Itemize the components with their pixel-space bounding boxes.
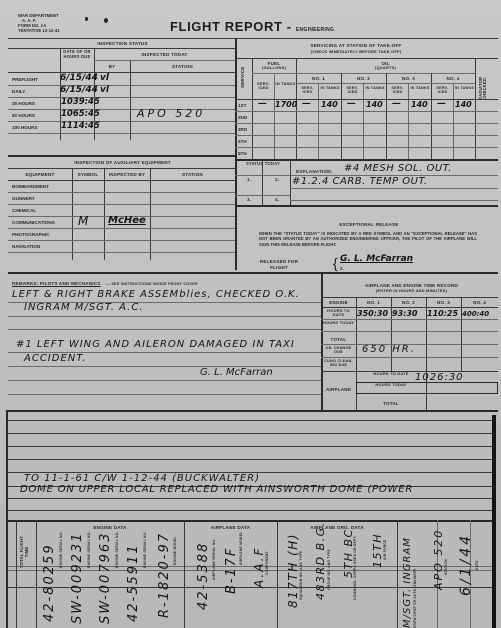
oil-unit: (QUARTS): [296, 66, 475, 70]
fuel-in-tanks-1st[interactable]: 1700: [275, 100, 297, 109]
component-label: COMPONENT: [266, 551, 270, 575]
tentative-label: TENTATIVE 12-12-41: [18, 28, 60, 33]
divider: [8, 316, 321, 317]
aux-row-photographic: PHOTOGRAPHIC: [12, 232, 49, 237]
airplane-serial-value[interactable]: 42-5388: [196, 542, 211, 610]
service-row-5th: 5TH: [238, 151, 247, 156]
hours-today-label: HOURS TODAY: [321, 321, 356, 325]
aux-row-chemical: CHEMICAL: [12, 208, 36, 213]
divider: [36, 520, 37, 628]
crew-chief-value[interactable]: M/SGT. INGRAM: [402, 537, 413, 628]
divider: [321, 297, 498, 298]
rule-line: [8, 498, 492, 499]
communications-symbol-value[interactable]: M: [78, 214, 88, 228]
divider: [397, 520, 398, 628]
rule-line: [8, 459, 492, 460]
engine-4-header: NO. 4: [461, 300, 498, 305]
rule-line: [8, 446, 492, 447]
divider: [408, 83, 409, 160]
divider: [235, 58, 498, 59]
divider: [8, 133, 235, 134]
ink-spot: [85, 17, 88, 21]
oil-engine-1-header: NO. 1: [296, 76, 341, 81]
rule-line: [8, 510, 492, 511]
oil3-serviced-header: SERV- ICED: [387, 86, 408, 94]
form-header-block: WAR DEPARTMENT A. A. F. FORM NO. 1A TENT…: [18, 13, 60, 34]
preflight-due-value[interactable]: 6/15/44: [60, 73, 98, 83]
engine-model-value[interactable]: R-1820-97: [157, 532, 172, 618]
explanation-label: EXPLANATION:: [296, 169, 333, 174]
divider: [8, 520, 492, 522]
engine-2-header: NO. 2: [391, 300, 426, 305]
divider: [235, 195, 290, 196]
release-signature-1[interactable]: G. L. McFarran: [340, 254, 413, 264]
airplane-serial-label: AIRPLANE SERIAL NO.: [213, 539, 217, 580]
oil4-in-tanks-header: IN TANKS: [454, 86, 475, 90]
remarks-instruction: — SEE INSTRUCTIONS INSIDE FRONT COVER: [106, 282, 198, 286]
divider: [104, 168, 105, 260]
airplane-org-data-heading: AIRPLANE ORG. DATA: [277, 525, 397, 530]
oil2-serviced-1st[interactable]: —: [347, 99, 356, 109]
communications-inspected-by-value[interactable]: McHee: [108, 215, 146, 226]
oil1-serviced-1st[interactable]: —: [302, 99, 311, 109]
row-label-50-hours: 50 HOURS: [12, 113, 35, 118]
service-row-4th: 4TH: [238, 139, 247, 144]
airplane-model-value[interactable]: B-17F: [224, 547, 239, 594]
engine-column-label: ENGINE: [321, 300, 356, 305]
release-signature-2-marker: 2.: [340, 266, 344, 271]
date-due-header: DATE OF OR HOURS DUE: [60, 50, 94, 59]
divider: [94, 60, 235, 61]
divider: [318, 83, 319, 160]
command-label: COMMAND, CORPS AREA OR DEPT.: [354, 536, 358, 601]
divider: [8, 394, 321, 395]
oil4-serviced-1st[interactable]: —: [437, 99, 446, 109]
oil-engine-4-header: NO. 4: [431, 76, 475, 81]
subtitle-text: ENGINEERING: [296, 27, 334, 33]
divider: [8, 180, 235, 181]
oil1-in-tanks-header: IN TANKS: [319, 86, 341, 90]
airplane-hours-today-label: HOURS TODAY: [356, 383, 426, 387]
servicing-subheading: (CHECK IMMEDIATELY BEFORE TAKE-OFF): [236, 50, 476, 54]
status-cell-4[interactable]: 4.: [275, 197, 279, 202]
oil-engine-3-header: NO. 3: [386, 76, 431, 81]
servicing-heading: SERVICING AT STATION OF TAKE-OFF: [236, 43, 476, 48]
remark-line-2[interactable]: INGRAM M/SGT. A.C.: [24, 302, 144, 313]
divider: [8, 192, 235, 193]
divider: [290, 188, 498, 189]
oil-change-due-label: OIL CHANGE DUE: [321, 346, 356, 354]
rule-line: [8, 433, 492, 434]
divider: [453, 83, 454, 160]
aux-row-communications: COMMUNICATIONS: [12, 220, 55, 225]
divider: [235, 147, 498, 148]
airplane-total-label: TOTAL: [356, 401, 426, 406]
engine-3-header: NO. 3: [426, 300, 461, 305]
aux-row-navigation: NAVIGATION: [12, 244, 40, 249]
fuel-unit: (GALLONS): [252, 66, 296, 70]
50-hours-station-value[interactable]: APO 520: [137, 107, 205, 120]
total-label: TOTAL: [321, 337, 356, 342]
remarks-heading-text: REMARKS: PILOTS AND MECHANICS: [12, 281, 101, 286]
released-for-flight-label: RELEASED FOR FLIGHT: [259, 259, 299, 270]
divider: [235, 123, 498, 124]
divider: [363, 83, 364, 160]
remark-line-1[interactable]: LEFT & RIGHT BRAKE ASSEMblies, CHECKED O…: [12, 289, 300, 300]
divider: [8, 240, 235, 241]
divider: [8, 252, 235, 253]
oil4-in-tanks-1st[interactable]: 140: [455, 100, 472, 109]
divider: [321, 357, 498, 358]
engine-serial-3-label: ENGINE SERIAL NO.: [116, 531, 120, 568]
divider: [290, 159, 291, 205]
divider: [150, 168, 151, 260]
engine-4-hours-to-date[interactable]: 400:40: [462, 310, 489, 318]
aux-station-header: STATION: [150, 172, 235, 177]
title-text: FLIGHT REPORT -: [170, 19, 292, 34]
exceptional-release-text: WHEN THE "STATUS TODAY" IS INDICATED BY …: [259, 231, 477, 247]
oil2-in-tanks-1st[interactable]: 140: [366, 100, 383, 109]
divider: [8, 329, 321, 330]
engine-serial-4-label: ENGINE SERIAL NO.: [144, 531, 148, 568]
symbol-header: SYMBOL: [72, 172, 104, 177]
engine-model-label: ENGINE MODEL: [174, 536, 178, 565]
status-today-heading: STATUS TODAY: [236, 162, 290, 167]
air-force-label: AIR FORCE: [384, 540, 388, 560]
flight-report-form: WAR DEPARTMENT A. A. F. FORM NO. 1A TENT…: [0, 0, 501, 628]
aux-equipment-heading: INSPECTION OF AUXILIARY EQUIPMENT: [10, 160, 235, 165]
row-label-daily: DAILY: [12, 89, 25, 94]
crew-chief-label: CREW CHIEF OR ACTG. ENGINEER: [414, 568, 418, 628]
fuel-serviced-header: SERV- ICED: [253, 82, 274, 91]
divider: [72, 168, 73, 260]
squadron-value[interactable]: 817TH (H): [286, 533, 300, 608]
engine-serial-2-label: ENGINE SERIAL NO.: [88, 531, 92, 568]
lower-remark-line-1[interactable]: TO 11-1-61 C/W 1-12-44 (BUCKWALTER): [24, 473, 260, 484]
engine-1-header: NO. 1: [356, 300, 391, 305]
oil3-serviced-1st[interactable]: —: [392, 99, 401, 109]
total-flight-time-label: TOTAL FLIGHT TIME: [20, 534, 29, 570]
daily-by-value[interactable]: vl: [100, 85, 109, 95]
oil1-in-tanks-1st[interactable]: 140: [321, 100, 338, 109]
divider: [16, 520, 17, 628]
divider: [8, 121, 235, 122]
ink-spot: [104, 18, 108, 23]
date-label: DATE: [476, 560, 480, 570]
divider: [8, 72, 235, 73]
oil2-in-tanks-header: IN TANKS: [364, 86, 386, 90]
divider: [184, 520, 185, 628]
service-row-1st: 1ST: [238, 103, 246, 108]
lower-remark-line-2[interactable]: DOME ON UPPER LOCAL REPLACED WITH AINSWO…: [20, 484, 413, 495]
divider: [8, 48, 235, 49]
remark-line-6[interactable]: ACCIDENT.: [24, 353, 86, 364]
divider: [8, 168, 235, 169]
row-label-preflight: PREFLIGHT: [12, 77, 38, 82]
divider: [8, 155, 235, 157]
status-cell-3[interactable]: 3.: [247, 197, 251, 202]
status-cell-2[interactable]: 2.: [275, 177, 279, 182]
oil1-serviced-header: SERV- ICED: [297, 86, 318, 94]
rule-line: [8, 420, 492, 421]
engine-2-hours-to-date[interactable]: 93:30: [392, 309, 417, 318]
divider: [8, 228, 235, 229]
inspected-today-header: INSPECTED TODAY: [94, 52, 235, 57]
service-column-label: SERVICE: [240, 67, 245, 88]
fuel-serviced-1st[interactable]: —: [258, 99, 267, 109]
divider: [277, 520, 278, 628]
form-title: FLIGHT REPORT - ENGINEERING: [170, 19, 334, 34]
time-record-subheading: (ENTER IN HOURS AND MINUTES): [325, 289, 498, 293]
remarks-heading: REMARKS: PILOTS AND MECHANICS — SEE INST…: [12, 281, 198, 286]
divider: [8, 366, 321, 367]
row-label-100-hours: 100 HOURS: [12, 125, 38, 130]
divider: [8, 85, 235, 86]
aux-row-bombardment: BOMBARDMENT: [12, 184, 49, 189]
engine-serial-2-value[interactable]: SW-009231: [70, 532, 85, 624]
divider: [235, 38, 237, 270]
divider: [235, 135, 498, 136]
100-hours-due-value[interactable]: 1114:45: [61, 121, 100, 131]
inspection-status-heading: INSPECTION STATUS: [10, 41, 235, 46]
divider: [475, 58, 476, 160]
group-label: GROUP NO. AND TYPE: [328, 549, 332, 590]
oil4-serviced-header: SERV- ICED: [432, 86, 453, 94]
engine-serial-4-value[interactable]: 42-55911: [126, 543, 141, 622]
divider: [461, 297, 462, 372]
engine-serial-3-value[interactable]: SW-007963: [98, 532, 113, 624]
fuel-in-tanks-header: IN TANKS: [275, 82, 296, 86]
group-value[interactable]: 483RD B.G.: [314, 521, 327, 600]
component-value[interactable]: A.A.F: [252, 547, 266, 588]
row-label-25-hours: 25 HOURS: [12, 101, 35, 106]
divider: [8, 38, 498, 39]
divider: [8, 380, 321, 381]
25-hours-due-value[interactable]: 1039:45: [61, 97, 100, 107]
divider: [8, 272, 498, 274]
remark-signature[interactable]: G. L. McFarran: [200, 367, 273, 378]
left-border: [6, 410, 8, 628]
equipment-header: EQUIPMENT: [8, 172, 72, 177]
engine-3-hours-to-date[interactable]: 110:25: [427, 309, 458, 318]
station-label: STATION: [445, 559, 449, 575]
divider: [8, 410, 498, 412]
oil2-serviced-header: SERV- ICED: [342, 86, 363, 94]
engine-1-hours-to-date[interactable]: 350:30: [357, 309, 388, 318]
oil-engine-2-header: NO. 2: [341, 76, 386, 81]
date-value[interactable]: 6/1/44: [458, 533, 474, 596]
exceptional-release-heading: EXCEPTIONAL RELEASE: [240, 222, 498, 227]
divider: [235, 175, 290, 176]
inspected-by-header: INSPECTED BY: [104, 172, 150, 177]
50-hours-due-value[interactable]: 1065:45: [61, 109, 100, 119]
service-row-3rd: 3RD: [238, 127, 247, 132]
airplane-label: AIRPLANE: [326, 387, 351, 392]
divider: [296, 83, 475, 84]
airplane-data-heading: AIRPLANE DATA: [184, 525, 277, 530]
right-border: [492, 415, 496, 628]
status-cell-1[interactable]: 1.: [247, 177, 251, 182]
aux-row-gunnery: GUNNERY: [12, 196, 35, 201]
divider: [321, 331, 498, 332]
divider: [290, 200, 498, 201]
engine-1-oil-change-due[interactable]: 650 HR.: [362, 344, 416, 355]
divider: [235, 205, 498, 207]
engine-data-heading: ENGINE DATA: [36, 525, 184, 530]
divider: [8, 204, 235, 205]
brace: {: [333, 255, 338, 271]
preflight-by-value[interactable]: vl: [100, 73, 109, 83]
remark-line-5[interactable]: #1 LEFT WING AND AILERON DAMAGED IN TAXI: [16, 339, 295, 350]
engine-serial-1-value[interactable]: 42-80259: [42, 543, 57, 622]
service-row-2nd: 2ND: [238, 115, 247, 120]
oil3-in-tanks-header: IN TANKS: [409, 86, 431, 90]
daily-due-value[interactable]: 6/15/44: [60, 85, 98, 95]
divider: [8, 97, 235, 98]
radiator-checked-label: RADIATOR CHECKED: [479, 60, 488, 100]
engine-serial-1-label: ENGINE SERIAL NO.: [60, 531, 64, 568]
by-header: BY: [94, 64, 130, 69]
explanation-line-2[interactable]: #1.2.4 CARB. TEMP OUT.: [292, 176, 428, 187]
divider: [235, 111, 498, 112]
explanation-line-1[interactable]: #4 MESH SOL. OUT.: [344, 163, 452, 174]
oil3-in-tanks-1st[interactable]: 140: [411, 100, 428, 109]
airplane-model-label: AIRPLANE MODEL: [240, 532, 244, 565]
squadron-label: SQUADRON NO. AND TYPE: [300, 551, 304, 600]
hours-to-date-label: HOURS TO DATE: [321, 309, 356, 318]
station-header: STATION: [130, 64, 235, 69]
cuno-cleaning-due-label: CUNO CLEAN- ING DUE: [321, 359, 356, 367]
